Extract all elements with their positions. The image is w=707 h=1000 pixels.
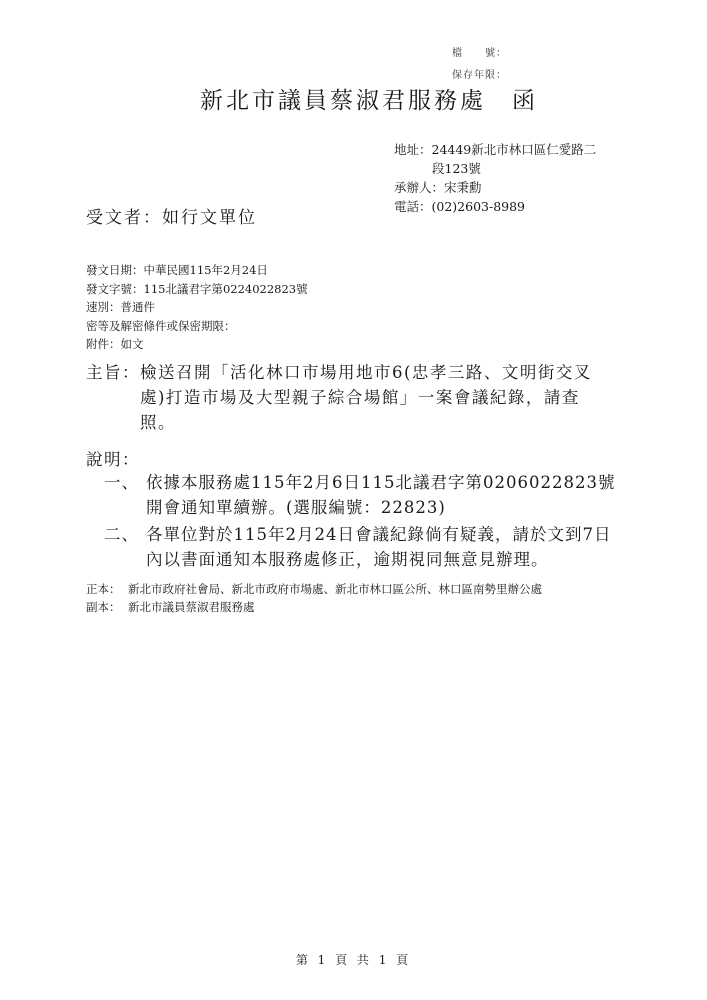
original-text: 新北市政府社會局、新北市政府市場處、新北市林口區公所、林口區南勢里辦公處 (128, 580, 628, 598)
list-item: 一、依據本服務處115年2月6日115北議君字第0206022823號開會通知單… (104, 470, 616, 520)
issuer-name: 新北市議員蔡淑君服務處 (200, 88, 486, 114)
distribution: 正本：新北市政府社會局、新北市政府市場處、新北市林口區公所、林口區南勢里辦公處 … (86, 580, 628, 616)
item-text: 各單位對於115年2月24日會議紀錄倘有疑義，請於文到7日內以書面通知本服務處修… (146, 522, 616, 572)
address-line-1: 地址：24449新北市林口區仁愛路二 (394, 140, 596, 159)
item-number: 一、 (104, 470, 146, 495)
secrecy: 密等及解密條件或保密期限： (86, 317, 308, 336)
subject-text: 檢送召開「活化林口市場用地市6(忠孝三路、文明街交叉處)打造市場及大型親子綜合場… (140, 360, 610, 435)
doc-type: 函 (512, 88, 538, 114)
issue-date: 發文日期：中華民國115年2月24日 (86, 261, 308, 280)
file-number-label: 檔 號： (452, 44, 507, 59)
copy-recipients: 副本：新北市議員蔡淑君服務處 (86, 598, 628, 616)
recipient: 受文者：如行文單位 (86, 203, 257, 228)
speed: 速別：普通件 (86, 298, 308, 317)
page-indicator: 第 1 頁 共 1 頁 (0, 951, 707, 968)
explanation-label: 說明： (86, 446, 140, 470)
original-recipients: 正本：新北市政府社會局、新北市政府市場處、新北市林口區公所、林口區南勢里辦公處 (86, 580, 628, 598)
item-text: 依據本服務處115年2月6日115北議君字第0206022823號開會通知單續辦… (146, 470, 616, 520)
list-item: 二、各單位對於115年2月24日會議紀錄倘有疑義，請於文到7日內以書面通知本服務… (104, 522, 616, 572)
explanation-items: 一、依據本服務處115年2月6日115北議君字第0206022823號開會通知單… (104, 470, 616, 574)
copy-text: 新北市議員蔡淑君服務處 (128, 598, 628, 616)
copy-label: 副本： (86, 598, 128, 616)
subject: 主旨：檢送召開「活化林口市場用地市6(忠孝三路、文明街交叉處)打造市場及大型親子… (86, 360, 610, 435)
document-title: 新北市議員蔡淑君服務處函 (200, 82, 538, 115)
contact-block: 地址：24449新北市林口區仁愛路二 段123號 承辦人：宋秉勳 電話：(02)… (394, 140, 596, 216)
subject-label: 主旨： (86, 363, 140, 382)
retention-label: 保存年限： (452, 66, 507, 81)
doc-number: 發文字號：115北議君字第0224022823號 (86, 280, 308, 299)
original-label: 正本： (86, 580, 128, 598)
address-line-2: 段123號 (394, 159, 596, 178)
attachment: 附件：如文 (86, 335, 308, 354)
document-meta: 發文日期：中華民國115年2月24日 發文字號：115北議君字第02240228… (86, 261, 308, 354)
handler: 承辦人：宋秉勳 (394, 178, 596, 197)
phone: 電話：(02)2603-8989 (394, 197, 596, 216)
item-number: 二、 (104, 522, 146, 547)
